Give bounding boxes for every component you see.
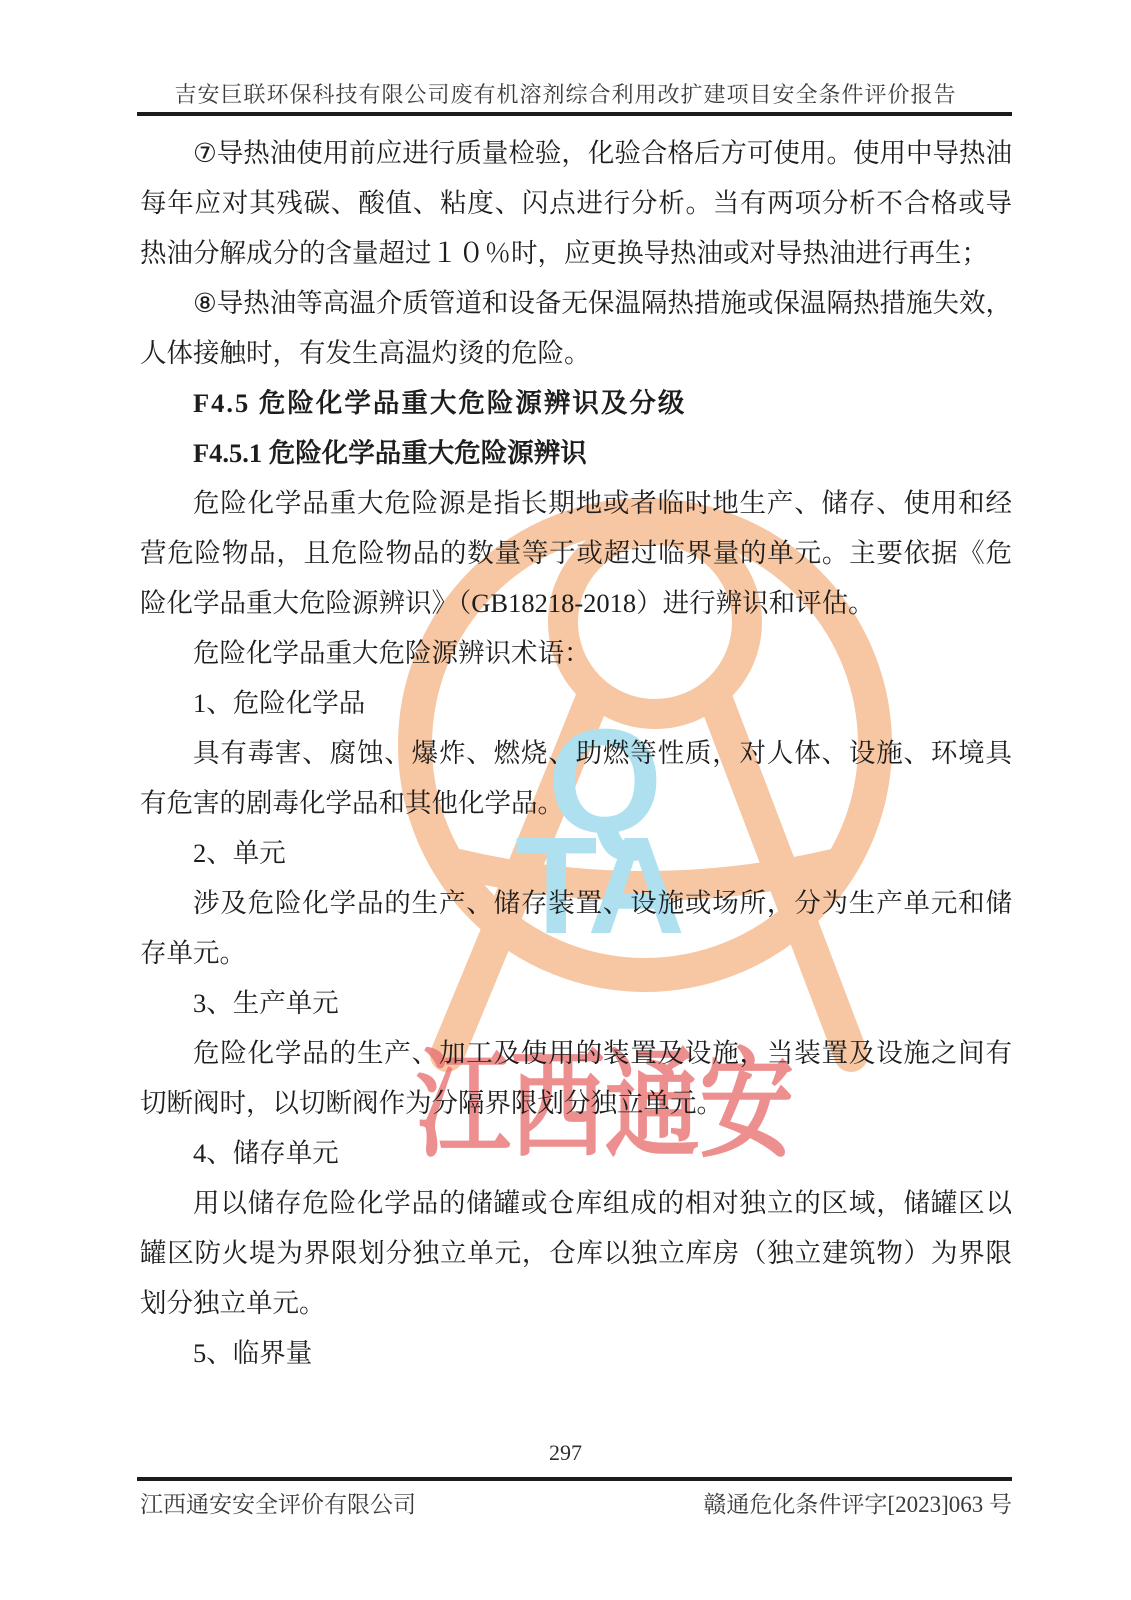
list-item-3-title: 3、生产单元 bbox=[140, 978, 1012, 1028]
list-item-2-body: 涉及危险化学品的生产、储存装置、设施或场所，分为生产单元和储存单元。 bbox=[140, 878, 1012, 978]
paragraph-heat-oil-quality: ⑦导热油使用前应进行质量检验，化验合格后方可使用。使用中导热油每年应对其残碳、酸… bbox=[140, 128, 1012, 278]
subsection-heading: F4.5.1 危险化学品重大危险源辨识 bbox=[140, 428, 1012, 478]
paragraph-terms-intro: 危险化学品重大危险源辨识术语： bbox=[140, 628, 1012, 678]
list-item-2-title: 2、单元 bbox=[140, 828, 1012, 878]
list-item-1-body: 具有毒害、腐蚀、爆炸、燃烧、助燃等性质，对人体、设施、环境具有危害的剧毒化学品和… bbox=[140, 728, 1012, 828]
footer-rule bbox=[137, 1477, 1012, 1481]
header-title: 吉安巨联环保科技有限公司废有机溶剂综合利用改扩建项目安全条件评价报告 bbox=[60, 78, 1071, 109]
page-number: 297 bbox=[0, 1440, 1131, 1466]
report-page: Q TA 江西通安 吉安巨联环保科技有限公司废有机溶剂综合利用改扩建项目安全条件… bbox=[0, 0, 1131, 1600]
list-item-4-title: 4、储存单元 bbox=[140, 1128, 1012, 1178]
list-item-1-title: 1、危险化学品 bbox=[140, 678, 1012, 728]
list-item-4-body: 用以储存危险化学品的储罐或仓库组成的相对独立的区域，储罐区以罐区防火堤为界限划分… bbox=[140, 1178, 1012, 1328]
paragraph-definition: 危险化学品重大危险源是指长期地或者临时地生产、储存、使用和经营危险物品，且危险物… bbox=[140, 478, 1012, 628]
list-item-3-body: 危险化学品的生产、加工及使用的装置及设施，当装置及设施之间有切断阀时，以切断阀作… bbox=[140, 1028, 1012, 1128]
document-body: ⑦导热油使用前应进行质量检验，化验合格后方可使用。使用中导热油每年应对其残碳、酸… bbox=[140, 128, 1012, 1378]
section-heading: F4.5 危险化学品重大危险源辨识及分级 bbox=[140, 378, 1012, 428]
header-rule bbox=[137, 112, 1012, 116]
list-item-5-title: 5、临界量 bbox=[140, 1328, 1012, 1378]
paragraph-heat-oil-insulation: ⑧导热油等高温介质管道和设备无保温隔热措施或保温隔热措施失效，人体接触时，有发生… bbox=[140, 278, 1012, 378]
footer-doc-number: 赣通危化条件评字[2023]063 号 bbox=[703, 1486, 1012, 1519]
footer-company: 江西通安安全评价有限公司 bbox=[140, 1486, 416, 1519]
